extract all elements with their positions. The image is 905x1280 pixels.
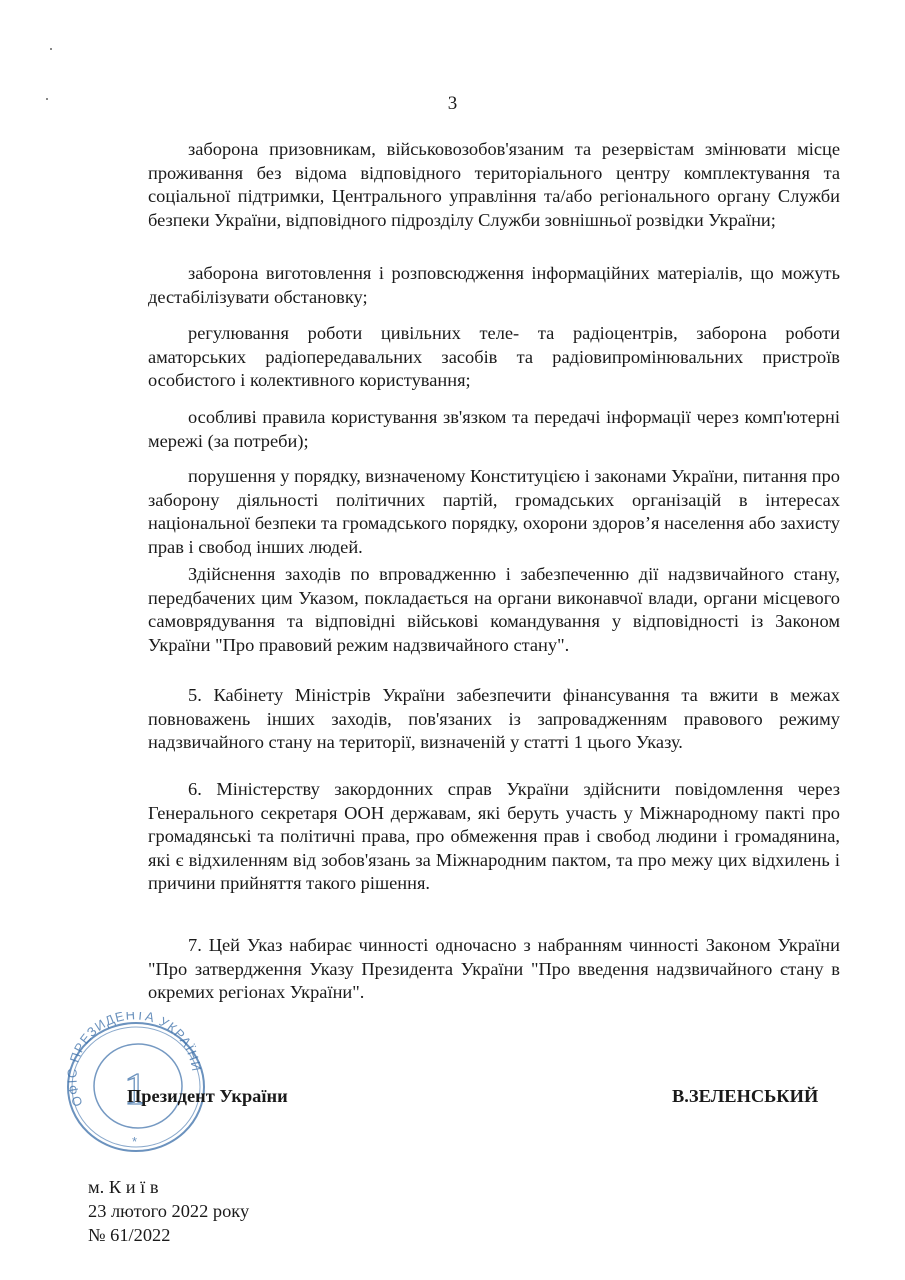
document-footer: м. К и ї в 23 лютого 2022 року № 61/2022 (88, 1175, 249, 1247)
official-stamp: ОФІС ПРЕЗИДЕНТА УКРАЇНИ 1 * (58, 1012, 228, 1152)
paragraph-info-materials-ban: заборона виготовлення і розповсюдження і… (148, 262, 840, 309)
page-number: 3 (0, 93, 905, 115)
decree-number: № 61/2022 (88, 1223, 249, 1247)
paragraph-implementation: Здійснення заходів по впровадженню і заб… (148, 563, 840, 657)
paragraph-conscript-restriction: заборона призовникам, військовозобов'яза… (148, 138, 840, 232)
signature-title: Президент України (127, 1086, 288, 1107)
issue-city: м. К и ї в (88, 1175, 249, 1199)
stamp-seal-icon: ОФІС ПРЕЗИДЕНТА УКРАЇНИ 1 * (58, 1012, 228, 1152)
signature-name: В.ЗЕЛЕНСЬКИЙ (672, 1086, 818, 1107)
paragraph-broadcast-regulation: регулювання роботи цивільних теле- та ра… (148, 322, 840, 393)
scan-speck (50, 48, 52, 50)
paragraph-article-5: 5. Кабінету Міністрів України забезпечит… (148, 684, 840, 755)
issue-date: 23 лютого 2022 року (88, 1199, 249, 1223)
paragraph-article-6: 6. Міністерству закордонних справ Україн… (148, 778, 840, 896)
paragraph-party-ban: порушення у порядку, визначеному Констит… (148, 465, 840, 559)
svg-text:*: * (132, 1134, 137, 1149)
paragraph-communication-rules: особливі правила користування зв'язком т… (148, 406, 840, 453)
paragraph-article-7: 7. Цей Указ набирає чинності одночасно з… (148, 934, 840, 1005)
